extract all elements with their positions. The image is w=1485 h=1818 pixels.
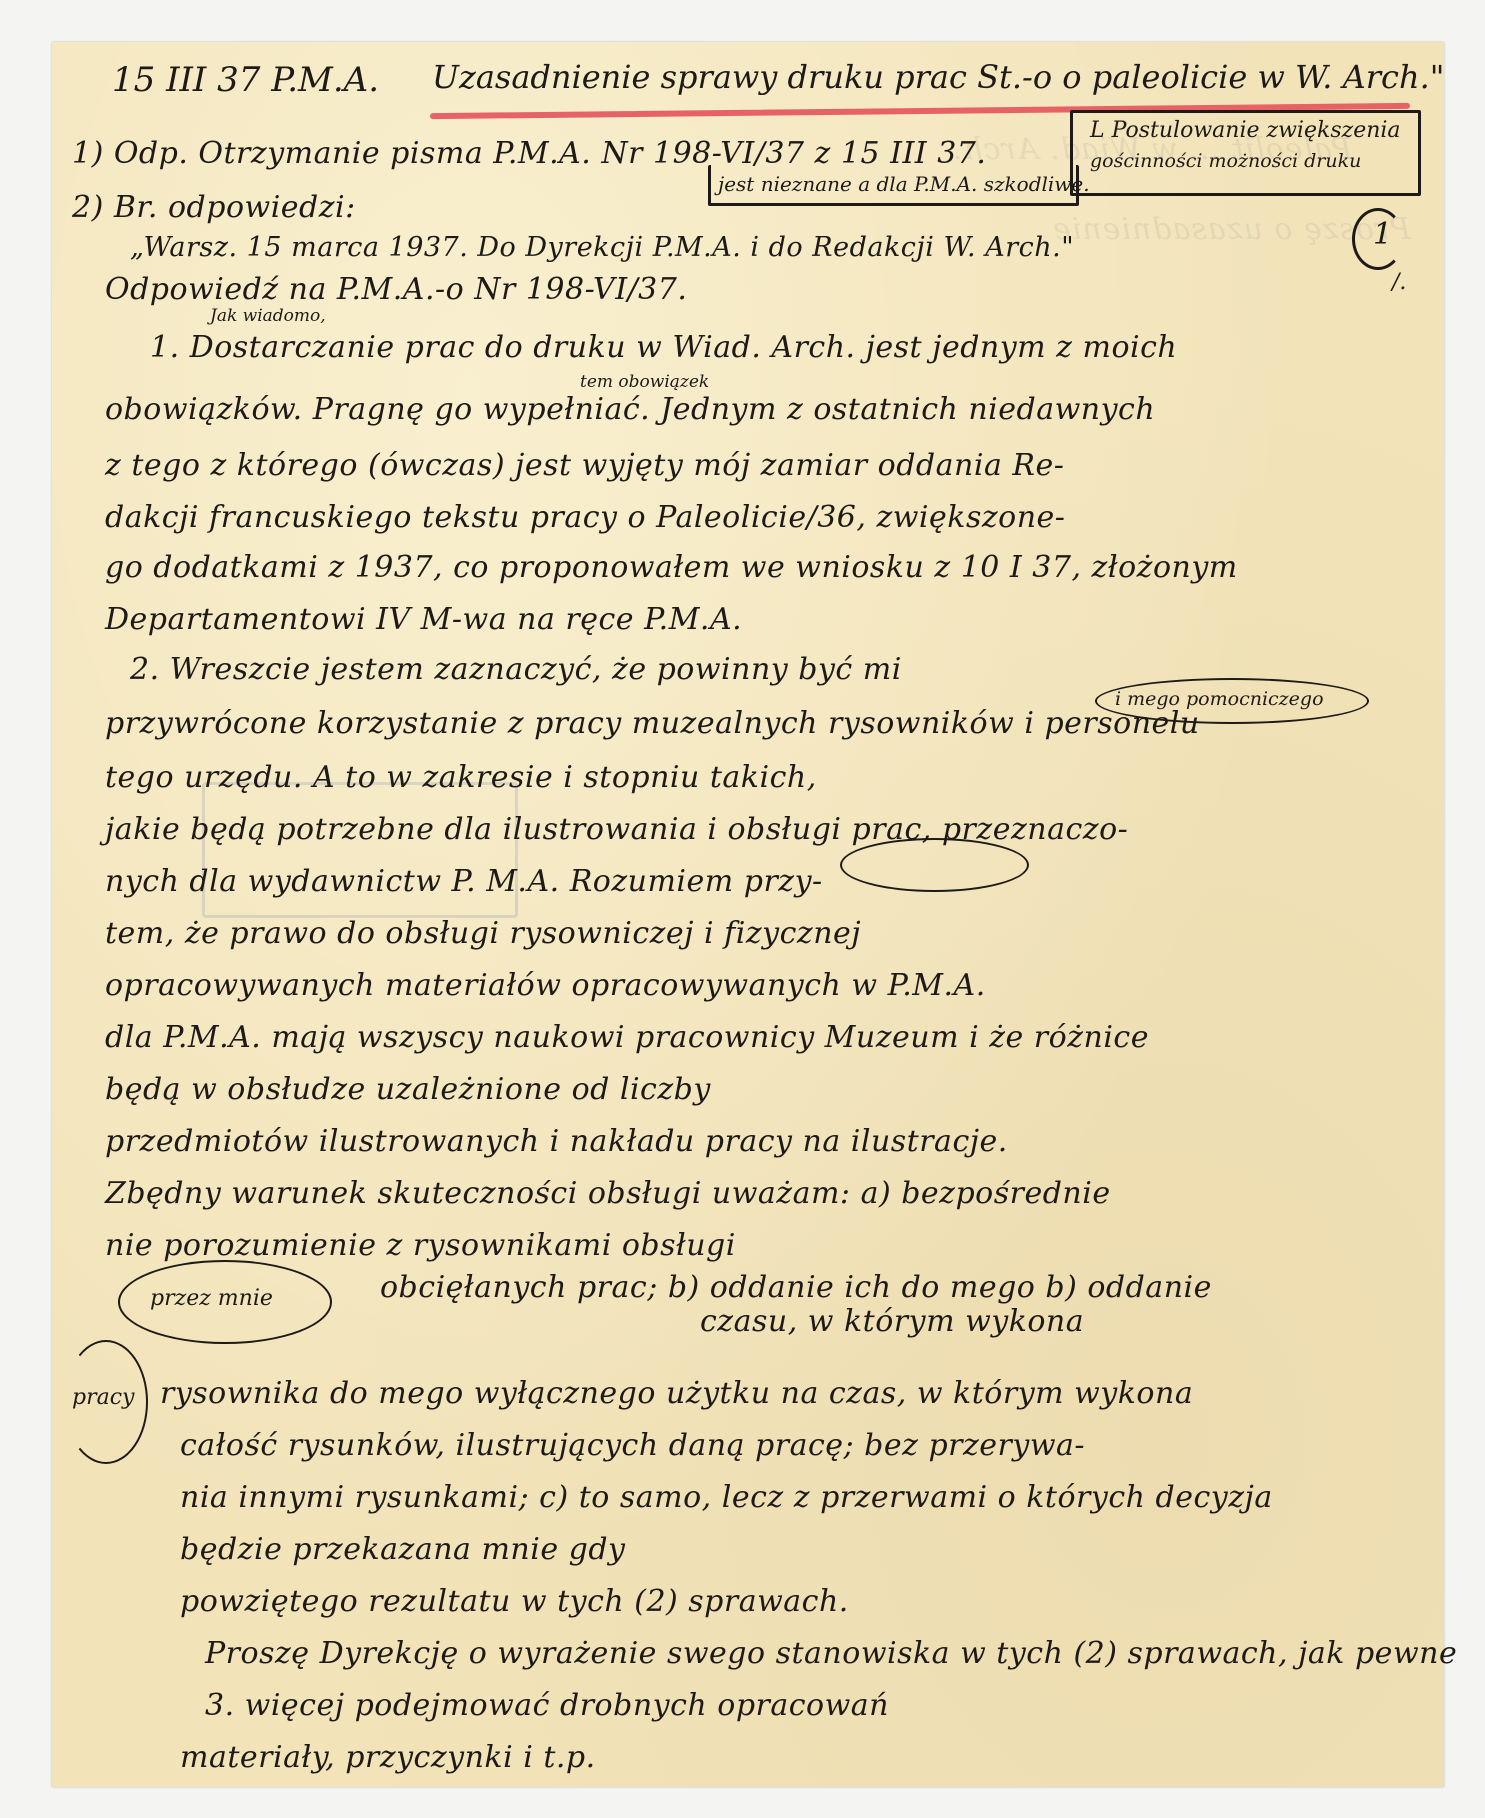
interlinear-note: tem obowiązek: [580, 372, 709, 392]
page-number: 1: [1373, 217, 1392, 252]
text-line: całość rysunków, ilustrujących daną prac…: [180, 1428, 1085, 1463]
text-line: nia innymi rysunkami; c) to samo, lecz z…: [180, 1480, 1273, 1515]
text-line: 2. Wreszcie jestem zaznaczyć, że powinny…: [130, 652, 902, 687]
text-line: dla P.M.A. mają wszyscy naukowi pracowni…: [105, 1020, 1149, 1055]
margin-note-text: pracy: [72, 1385, 134, 1410]
text-line: obowiązków. Pragnę go wypełniać. Jednym …: [105, 392, 1155, 427]
text-line: Departamentowi IV M-wa na ręce P.M.A.: [105, 602, 742, 637]
text-line: będą w obsłudze uzależnione od liczby: [105, 1072, 711, 1107]
text-line: tem, że prawo do obsługi rysowniczej i f…: [105, 916, 861, 951]
circled-margin-note-text: przez mnie: [150, 1286, 273, 1311]
text-line: Zbędny warunek skuteczności obsługi uważ…: [105, 1176, 1111, 1211]
text-line: „Warsz. 15 marca 1937. Do Dyrekcji P.M.A…: [130, 232, 1074, 263]
circled-annotation: [840, 838, 1029, 892]
text-line: przywrócone korzystanie z pracy muzealny…: [105, 706, 1200, 741]
text-line: powziętego rezultatu w tych (2) sprawach…: [180, 1584, 849, 1619]
text-line: z tego z którego (ówczas) jest wyjęty mó…: [105, 448, 1064, 483]
text-line: go dodatkami z 1937, co proponowałem we …: [105, 550, 1238, 585]
text-line: Proszę Dyrekcję o wyrażenie swego stanow…: [205, 1636, 1457, 1671]
boxed-note-line: jest nieznane a dla P.M.A. szkodliwe.: [718, 172, 1090, 196]
text-line: obcięłanych prac; b) oddanie ich do mego…: [380, 1270, 1212, 1305]
text-line: materiały, przyczynki i t.p.: [180, 1740, 596, 1775]
text-line: tego urzędu. A to w zakresie i stopniu t…: [105, 760, 817, 795]
text-line: nych dla wydawnictw P. M.A. Rozumiem prz…: [105, 864, 823, 899]
boxed-note-line: L Postulowanie zwiększenia: [1090, 118, 1401, 143]
text-line: dakcji francuskiego tekstu pracy o Paleo…: [105, 500, 1065, 535]
text-line: rysownika do mego wyłącznego użytku na c…: [160, 1376, 1193, 1411]
text-line: 1) Odp. Otrzymanie pisma P.M.A. Nr 198-V…: [72, 136, 986, 171]
interlinear-note: Jak wiadomo,: [210, 306, 326, 326]
text-line: Odpowiedź na P.M.A.-o Nr 198-VI/37.: [105, 272, 687, 307]
margin-mark: /.: [1392, 270, 1406, 295]
text-line: nie porozumienie z rysownikami obsługi: [105, 1228, 736, 1263]
boxed-note-line: gościnności możności druku: [1090, 150, 1361, 172]
text-line: opracowywanych materiałów opracowywanych…: [105, 968, 986, 1003]
text-line: 2) Br. odpowiedzi:: [72, 190, 356, 225]
text-line: będzie przekazana mnie gdy: [180, 1532, 625, 1567]
page-number-circle: 1: [1352, 208, 1404, 270]
heading-date: 15 III 37 P.M.A.: [112, 60, 379, 100]
text-line: przedmiotów ilustrowanych i nakładu prac…: [105, 1124, 1008, 1159]
text-line: 3. więcej podejmować drobnych opracowań: [205, 1688, 889, 1723]
heading-title: Uzasadnienie sprawy druku prac St.-o o p…: [432, 58, 1444, 96]
text-line: 1. Dostarczanie prac do druku w Wiad. Ar…: [150, 330, 1177, 365]
text-line: czasu, w którym wykona: [700, 1304, 1084, 1339]
